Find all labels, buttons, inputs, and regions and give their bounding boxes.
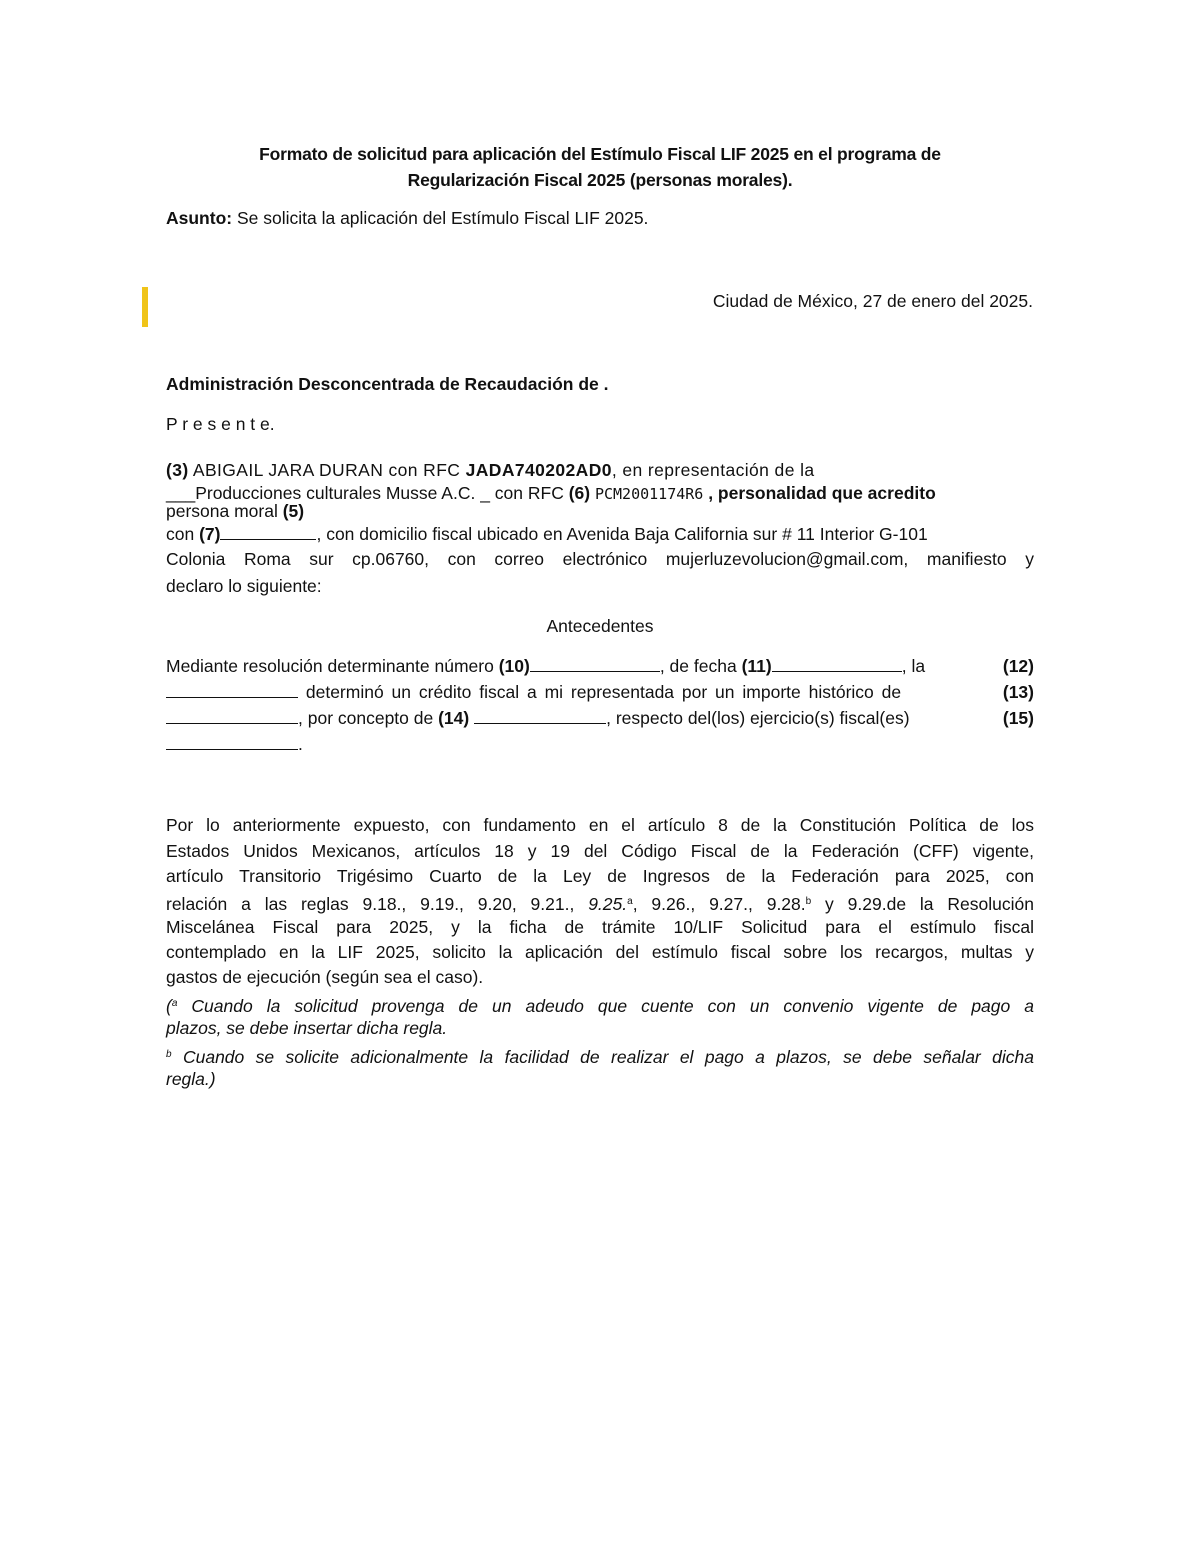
text: Cuando la solicitud provenga de un adeud…: [177, 996, 1034, 1016]
field-number: (14): [438, 708, 469, 728]
blank-field-7[interactable]: [220, 523, 316, 540]
field-number: (10): [499, 656, 530, 676]
address-text: , con domicilio fiscal ubicado en Avenid…: [316, 524, 927, 544]
document-title: Formato de solicitud para aplicación del…: [166, 141, 1034, 193]
document-page: Formato de solicitud para aplicación del…: [0, 0, 1200, 1553]
text: , 9.26., 9.27., 9.28.: [633, 894, 806, 914]
text: , de fecha: [660, 656, 742, 676]
declarant-line-4: con (7), con domicilio fiscal ubicado en…: [166, 522, 1034, 547]
title-line-2: Regularización Fiscal 2025 (personas mor…: [166, 167, 1034, 193]
declarant-rfc: JADA740202AD0: [466, 460, 612, 480]
rule-italic: 9.25.: [588, 894, 627, 914]
text: , en representación de la: [612, 460, 815, 480]
addressee: Administración Desconcentrada de Recauda…: [166, 372, 1034, 397]
body-line-7: gastos de ejecución (según sea el caso).: [166, 965, 1034, 990]
body-line-6: contemplado en la LIF 2025, solicito la …: [166, 940, 1034, 965]
text: persona moral: [166, 501, 283, 521]
body-line-4: relación a las reglas 9.18., 9.19., 9.20…: [166, 889, 1034, 917]
declarant-line-3: persona moral (5): [166, 499, 1034, 524]
text: con: [166, 524, 199, 544]
title-line-1: Formato de solicitud para aplicación del…: [166, 141, 1034, 167]
change-marker-bar: [142, 287, 148, 327]
field-number: (3): [166, 460, 189, 480]
body-line-2: Estados Unidos Mexicanos, artículos 18 y…: [166, 839, 1034, 864]
footnote-a-line-1: (a Cuando la solicitud provenga de un ad…: [166, 991, 1034, 1019]
text: Mediante resolución determinante número: [166, 656, 499, 676]
text: y 9.29.de la Resolución: [811, 894, 1034, 914]
blank-field-13[interactable]: [166, 707, 298, 724]
text: Cuando se solicite adicionalmente la fac…: [172, 1047, 1034, 1067]
field-number: (7): [199, 524, 220, 544]
body-line-5: Miscelánea Fiscal para 2025, y la ficha …: [166, 915, 1034, 940]
antecedentes-heading: Antecedentes: [166, 614, 1034, 639]
antecedentes-line-1: Mediante resolución determinante número …: [166, 654, 1034, 679]
blank-field-12[interactable]: [166, 681, 298, 698]
field-number: (11): [742, 656, 772, 676]
text: , la: [902, 656, 925, 676]
body-line-3: artículo Transitorio Trigésimo Cuarto de…: [166, 864, 1034, 889]
text: , respecto del(los) ejercicio(s) fiscal(…: [606, 708, 909, 728]
antecedentes-line-2: determinó un crédito fiscal a mi represe…: [166, 680, 1034, 705]
footnote-a-line-2: plazos, se debe insertar dicha regla.: [166, 1016, 1034, 1041]
blank-field-15[interactable]: [166, 733, 298, 750]
asunto-label: Asunto:: [166, 208, 232, 228]
declarant-line-1: (3) ABIGAIL JARA DURAN con RFC JADA74020…: [166, 458, 1034, 483]
body-line-1: Por lo anteriormente expuesto, con funda…: [166, 813, 1034, 838]
antecedentes-line-4: .: [166, 732, 1034, 757]
text: relación a las reglas 9.18., 9.19., 9.20…: [166, 894, 588, 914]
asunto-text: Se solicita la aplicación del Estímulo F…: [232, 208, 648, 228]
declarant-line-6: declaro lo siguiente:: [166, 574, 1034, 599]
antecedentes-line-3: , por concepto de (14) , respecto del(lo…: [166, 706, 1034, 731]
field-number: (5): [283, 501, 304, 521]
blank-field-11[interactable]: [772, 655, 902, 672]
footnote-b-line-1: b Cuando se solicite adicionalmente la f…: [166, 1042, 1034, 1070]
asunto: Asunto: Se solicita la aplicación del Es…: [166, 206, 1034, 231]
blank-field-14[interactable]: [474, 707, 606, 724]
declarant-line-5: Colonia Roma sur cp.06760, con correo el…: [166, 547, 1034, 572]
field-number: (13): [1003, 680, 1034, 705]
field-number: (15): [1003, 706, 1034, 731]
document-date: Ciudad de México, 27 de enero del 2025.: [713, 291, 1033, 312]
footnote-b-line-2: regla.): [166, 1067, 1034, 1092]
declarant-name: ABIGAIL JARA DURAN con RFC: [189, 460, 466, 480]
field-number: (12): [1003, 654, 1034, 679]
presente: P r e s e n t e.: [166, 412, 1034, 437]
text: .: [298, 734, 303, 754]
text: determinó un crédito fiscal a mi represe…: [298, 682, 901, 702]
blank-field-10[interactable]: [530, 655, 660, 672]
text: , por concepto de: [298, 708, 438, 728]
